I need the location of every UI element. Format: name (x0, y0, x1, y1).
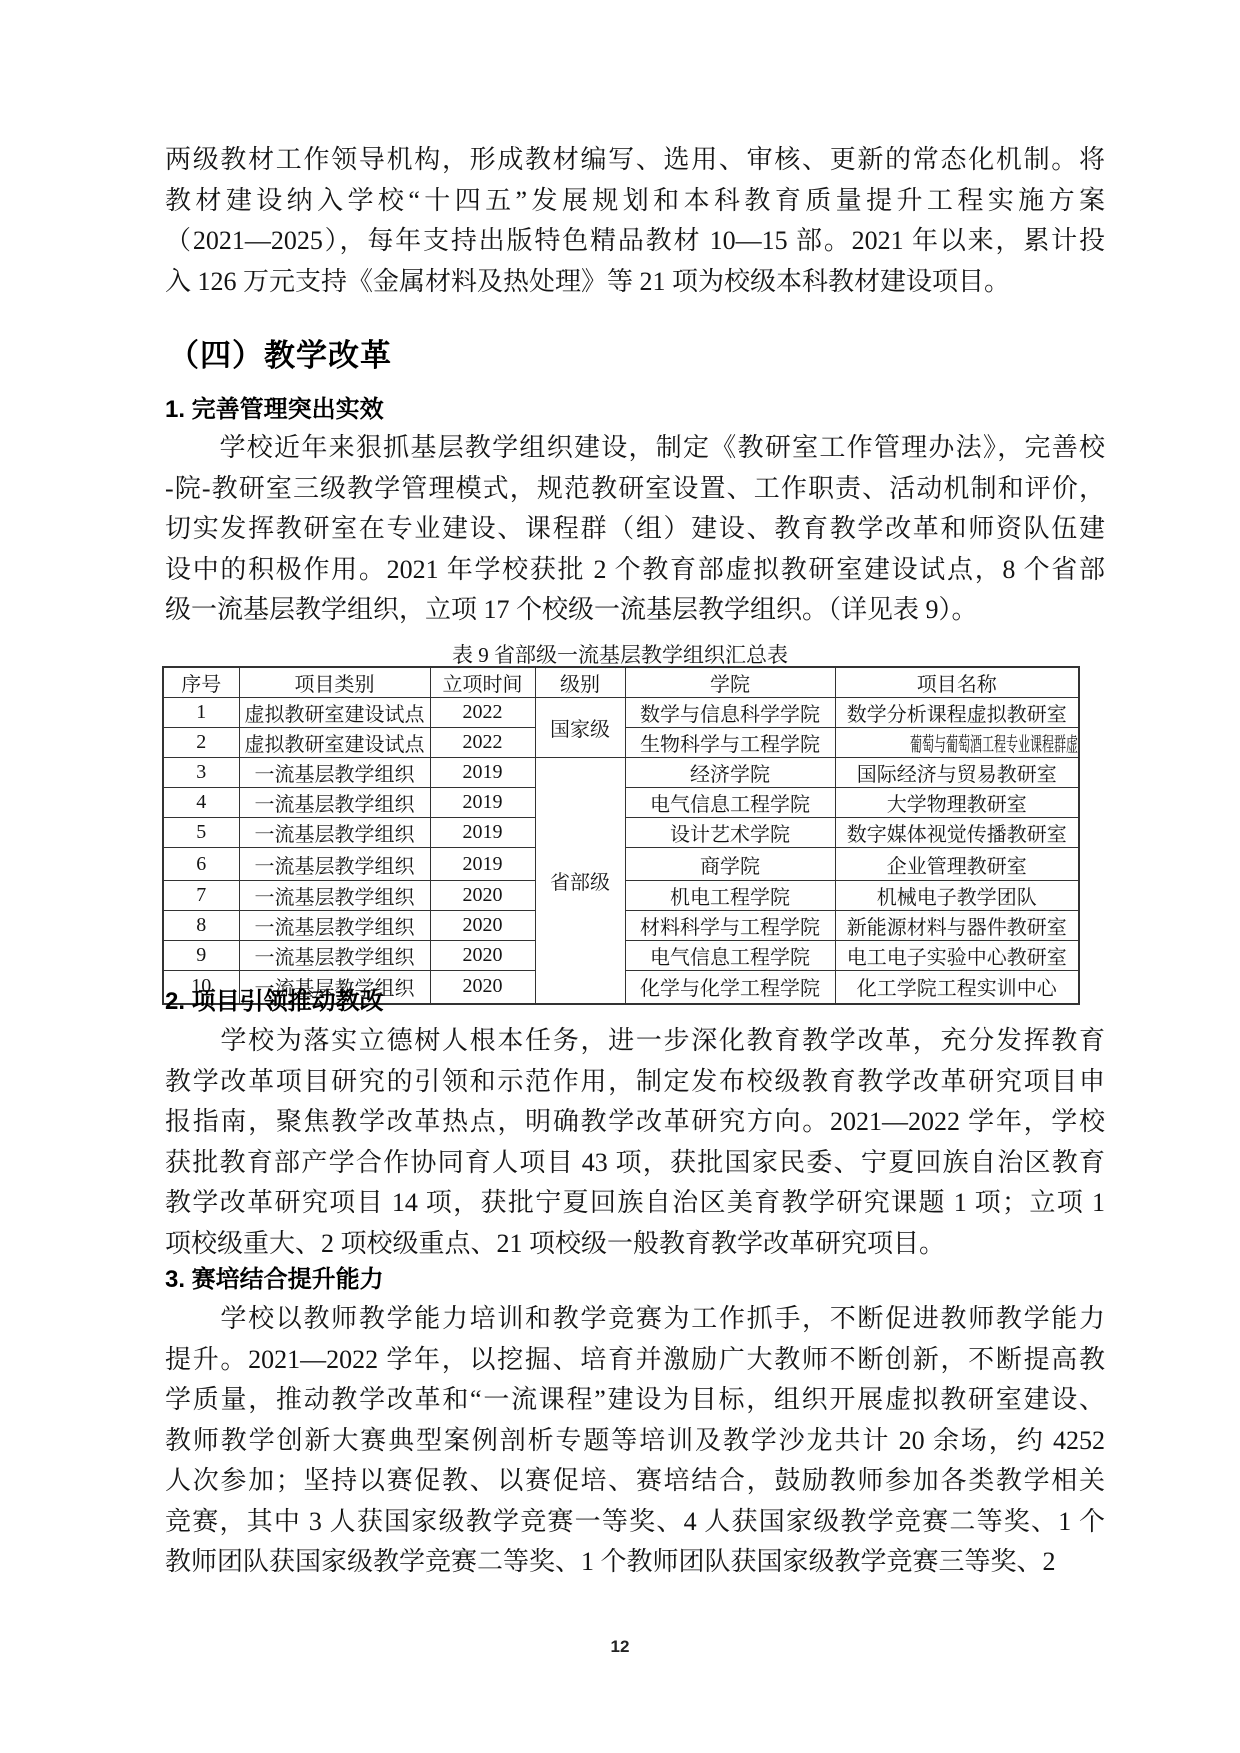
cell-category: 一流基层教学组织 (239, 818, 430, 848)
text-line: 学校为落实立德树人根本任务，进一步深化教育教学改革，充分发挥教育 (165, 1021, 1105, 1062)
table-row: 3一流基层教学组织2019省部级经济学院国际经济与贸易教研室 (163, 758, 1079, 788)
cell-no: 2 (163, 728, 239, 758)
subsection-heading-1: 1. 完善管理突出实效 (165, 389, 384, 424)
cell-name: 企业管理教研室 (835, 848, 1079, 881)
cell-year: 2019 (430, 758, 535, 788)
cell-name: 大学物理教研室 (835, 788, 1079, 818)
cell-name: 电工电子实验中心教研室 (835, 941, 1079, 971)
cell-name: 国际经济与贸易教研室 (835, 758, 1079, 788)
section-heading: （四）教学改革 (168, 330, 392, 375)
cell-college: 商学院 (625, 848, 835, 881)
text-line: （2021—2025），每年支持出版特色精品教材 10—15 部。2021 年以… (165, 221, 1105, 262)
text-line: 教师教学创新大赛典型案例剖析专题等培训及教学沙龙共计 20 余场，约 4252 (165, 1421, 1105, 1462)
text-line: 获批教育部产学合作协同育人项目 43 项，获批国家民委、宁夏回族自治区教育 (165, 1143, 1105, 1184)
subsection-heading-3: 3. 赛培结合提升能力 (165, 1259, 384, 1294)
column-header: 项目类别 (239, 667, 430, 698)
text-line: 教学改革研究项目 14 项，获批宁夏回族自治区美育教学研究课题 1 项；立项 1 (165, 1183, 1105, 1224)
table-header-row: 序号项目类别立项时间级别学院项目名称 (163, 667, 1079, 698)
document-page: 两级教材工作领导机构，形成教材编写、选用、审核、更新的常态化机制。将教材建设纳入… (0, 0, 1240, 1753)
cell-year: 2019 (430, 818, 535, 848)
text-line: 教材建设纳入学校“十四五”发展规划和本科教育质量提升工程实施方案 (165, 181, 1105, 222)
text-line: 提升。2021—2022 学年，以挖掘、培育并激励广大教师不断创新，不断提高教 (165, 1340, 1105, 1381)
cell-college: 数学与信息科学学院 (625, 698, 835, 728)
cell-no: 4 (163, 788, 239, 818)
text-line: 级一流基层教学组织，立项 17 个校级一流基层教学组织。（详见表 9）。 (165, 590, 1105, 631)
cell-college: 机电工程学院 (625, 881, 835, 911)
cell-no: 3 (163, 758, 239, 788)
text-line: 报指南，聚焦教学改革热点，明确教学改革研究方向。2021—2022 学年，学校 (165, 1102, 1105, 1143)
text-line: 设中的积极作用。2021 年学校获批 2 个教育部虚拟教研室建设试点，8 个省部 (165, 550, 1105, 591)
column-header: 学院 (625, 667, 835, 698)
cell-name: 数字媒体视觉传播教研室 (835, 818, 1079, 848)
cell-category: 一流基层教学组织 (239, 758, 430, 788)
cell-year: 2019 (430, 848, 535, 881)
cell-college: 生物科学与工程学院 (625, 728, 835, 758)
cell-name: 数学分析课程虚拟教研室 (835, 698, 1079, 728)
cell-no: 7 (163, 881, 239, 911)
text-line: 项校级重大、2 项校级重点、21 项校级一般教育教学改革研究项目。 (165, 1224, 1105, 1265)
text-line: 教师团队获国家级教学竞赛二等奖、1 个教师团队获国家级教学竞赛三等奖、2 (165, 1542, 1105, 1583)
cell-name: 机械电子教学团队 (835, 881, 1079, 911)
cell-college: 设计艺术学院 (625, 818, 835, 848)
table-body: 1虚拟教研室建设试点2022国家级数学与信息科学学院数学分析课程虚拟教研室2虚拟… (163, 698, 1079, 1004)
cell-year: 2019 (430, 788, 535, 818)
cell-category: 一流基层教学组织 (239, 788, 430, 818)
page-number: 12 (0, 1637, 1240, 1657)
cell-category: 虚拟教研室建设试点 (239, 728, 430, 758)
cell-college: 电气信息工程学院 (625, 788, 835, 818)
cell-level: 国家级 (535, 698, 625, 758)
subsection-paragraph-2: 学校为落实立德树人根本任务，进一步深化教育教学改革，充分发挥教育教学改革项目研究… (165, 1021, 1105, 1264)
text-line: 学校以教师教学能力培训和教学竞赛为工作抓手，不断促进教师教学能力 (165, 1299, 1105, 1340)
text-line: 入 126 万元支持《金属材料及热处理》等 21 项为校级本科教材建设项目。 (165, 262, 1105, 303)
table-title: 表 9 省部级一流基层教学组织汇总表 (162, 639, 1078, 669)
cell-college: 经济学院 (625, 758, 835, 788)
text-line: 学质量，推动教学改革和“一流课程”建设为目标，组织开展虚拟教研室建设、 (165, 1380, 1105, 1421)
cell-no: 5 (163, 818, 239, 848)
subsection-heading-2: 2. 项目引领推动教改 (165, 981, 384, 1016)
cell-category: 虚拟教研室建设试点 (239, 698, 430, 728)
cell-year: 2020 (430, 911, 535, 941)
cell-level: 省部级 (535, 758, 625, 1004)
text-line: 教学改革项目研究的引领和示范作用，制定发布校级教育教学改革研究项目申 (165, 1062, 1105, 1103)
text-line: 两级教材工作领导机构，形成教材编写、选用、审核、更新的常态化机制。将 (165, 140, 1105, 181)
cell-no: 9 (163, 941, 239, 971)
table-row: 1虚拟教研室建设试点2022国家级数学与信息科学学院数学分析课程虚拟教研室 (163, 698, 1079, 728)
column-header: 级别 (535, 667, 625, 698)
cell-category: 一流基层教学组织 (239, 941, 430, 971)
subsection-paragraph-1: 学校近年来狠抓基层教学组织建设，制定《教研室工作管理办法》，完善校-院-教研室三… (165, 428, 1105, 631)
column-header: 立项时间 (430, 667, 535, 698)
cell-category: 一流基层教学组织 (239, 881, 430, 911)
text-line: 竞赛，其中 3 人获国家级教学竞赛一等奖、4 人获国家级教学竞赛二等奖、1 个 (165, 1502, 1105, 1543)
column-header: 项目名称 (835, 667, 1079, 698)
cell-college: 化学与化学工程学院 (625, 971, 835, 1004)
cell-category: 一流基层教学组织 (239, 848, 430, 881)
text-line: -院-教研室三级教学管理模式，规范教研室设置、工作职责、活动机制和评价， (165, 469, 1105, 510)
text-line: 切实发挥教研室在专业建设、课程群（组）建设、教育教学改革和师资队伍建 (165, 509, 1105, 550)
summary-table: 序号项目类别立项时间级别学院项目名称 1虚拟教研室建设试点2022国家级数学与信… (162, 666, 1080, 1005)
cell-no: 6 (163, 848, 239, 881)
text-line: 学校近年来狠抓基层教学组织建设，制定《教研室工作管理办法》，完善校 (165, 428, 1105, 469)
cell-year: 2020 (430, 971, 535, 1004)
cell-no: 8 (163, 911, 239, 941)
cell-year: 2020 (430, 941, 535, 971)
cell-year: 2022 (430, 698, 535, 728)
cell-college: 电气信息工程学院 (625, 941, 835, 971)
text-line: 人次参加；坚持以赛促教、以赛促培、赛培结合，鼓励教师参加各类教学相关 (165, 1461, 1105, 1502)
cell-no: 1 (163, 698, 239, 728)
cell-year: 2022 (430, 728, 535, 758)
cell-name: 新能源材料与器件教研室 (835, 911, 1079, 941)
cell-name: 化工学院工程实训中心 (835, 971, 1079, 1004)
cell-category: 一流基层教学组织 (239, 911, 430, 941)
column-header: 序号 (163, 667, 239, 698)
cell-college: 材料科学与工程学院 (625, 911, 835, 941)
subsection-paragraph-3: 学校以教师教学能力培训和教学竞赛为工作抓手，不断促进教师教学能力提升。2021—… (165, 1299, 1105, 1583)
cell-name: 葡萄与葡萄酒工程专业课程群虚拟教研室 (835, 728, 1079, 758)
cell-year: 2020 (430, 881, 535, 911)
intro-paragraph: 两级教材工作领导机构，形成教材编写、选用、审核、更新的常态化机制。将教材建设纳入… (165, 140, 1105, 302)
